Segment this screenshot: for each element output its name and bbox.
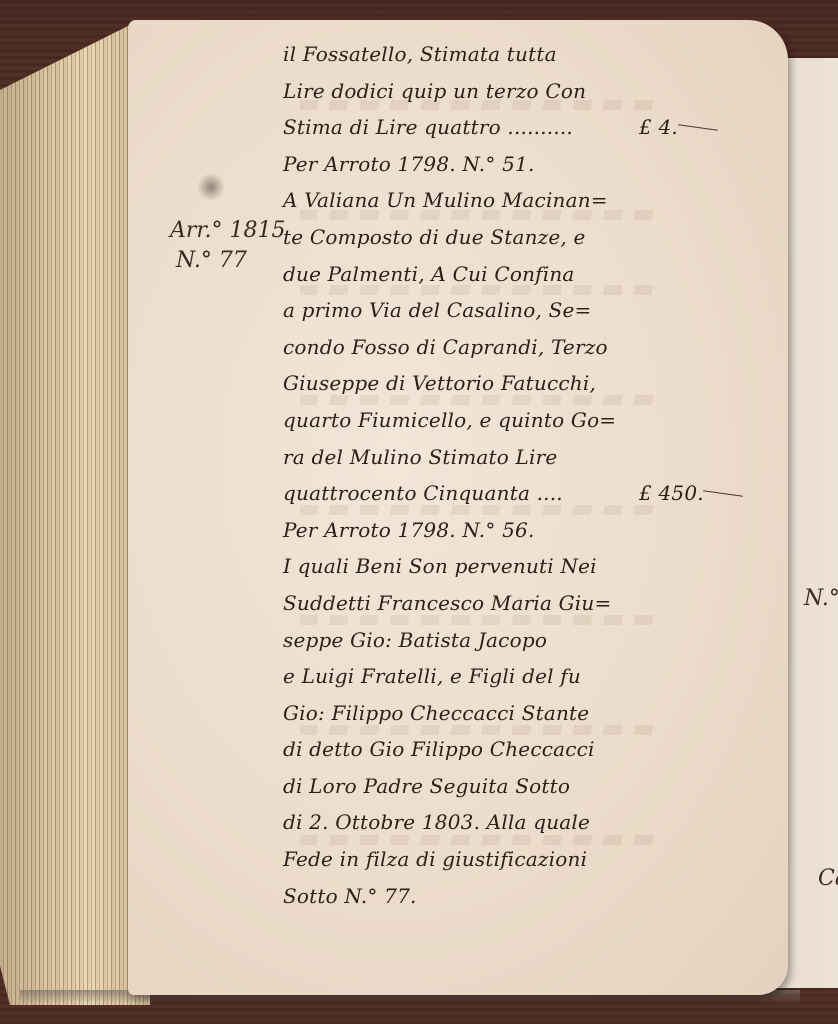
line-text: Giuseppe di Vettorio Fatucchi, (283, 371, 596, 395)
line-text: Gio: Filippo Checcacci Stante (283, 701, 589, 725)
line-text: Suddetti Francesco Maria Giu= (283, 591, 611, 615)
amount-dash (678, 124, 718, 131)
text-line: I quali Beni Son pervenuti Nei (283, 548, 763, 585)
line-text: Sotto N.° 77. (283, 884, 417, 908)
ink-blot (198, 172, 224, 202)
line-text: quattrocento Cinquanta .... (283, 481, 563, 505)
line-text: di 2. Ottobre 1803. Alla quale (283, 810, 590, 834)
text-line: a primo Via del Casalino, Se= (283, 292, 763, 329)
text-line: di detto Gio Filippo Checcacci (283, 731, 763, 768)
amount-value: £ 450. (639, 475, 704, 511)
facing-page-fragment: N.° (804, 586, 838, 611)
text-line: e Luigi Fratelli, e Figli del fu (283, 658, 763, 695)
line-text: Fede in filza di giustificazioni (283, 847, 587, 871)
line-text: A Valiana Un Mulino Macinan= (283, 188, 608, 212)
text-line: Per Arroto 1798. N.° 56. (283, 512, 763, 549)
line-text: ra del Mulino Stimato Lire (283, 445, 557, 469)
line-text: condo Fosso di Caprandi, Terzo (283, 335, 608, 359)
text-line: te Composto di due Stanze, e (283, 219, 763, 256)
text-line: due Palmenti, A Cui Confina (283, 256, 763, 293)
text-line: Fede in filza di giustificazioni (283, 841, 763, 878)
text-line: ra del Mulino Stimato Lire (283, 439, 763, 476)
text-line: quarto Fiumicello, e quinto Go= (283, 402, 763, 439)
text-line: Gio: Filippo Checcacci Stante (283, 695, 763, 732)
text-line: di Loro Padre Seguita Sotto (283, 768, 763, 805)
line-text: e Luigi Fratelli, e Figli del fu (283, 664, 581, 688)
margin-note-number: N.° 77 (170, 246, 285, 276)
text-line: condo Fosso di Caprandi, Terzo (283, 329, 763, 366)
margin-note: Arr.° 1815 N.° 77 (170, 216, 285, 276)
text-line: quattrocento Cinquanta ....£ 450. (283, 475, 763, 512)
text-line: Suddetti Francesco Maria Giu= (283, 585, 763, 622)
facing-page-fragment: Ca (818, 866, 838, 891)
margin-note-arroto: Arr.° 1815 (170, 216, 285, 246)
line-text: il Fossatello, Stimata tutta (283, 42, 557, 66)
amount-dash (703, 490, 743, 497)
text-line: Sotto N.° 77. (283, 878, 763, 915)
line-text: di detto Gio Filippo Checcacci (283, 737, 595, 761)
line-text: a primo Via del Casalino, Se= (283, 298, 592, 322)
line-text: Per Arroto 1798. N.° 51. (283, 152, 535, 176)
ledger-text: il Fossatello, Stimata tutta Lire dodici… (283, 36, 763, 914)
line-text: Stima di Lire quattro .......... (283, 115, 573, 139)
text-line: il Fossatello, Stimata tutta (283, 36, 763, 73)
text-line: Per Arroto 1798. N.° 51. (283, 146, 763, 183)
amount-value: £ 4. (639, 109, 678, 145)
line-text: Per Arroto 1798. N.° 56. (283, 518, 535, 542)
text-line: Stima di Lire quattro ..........£ 4. (283, 109, 763, 146)
line-text: te Composto di due Stanze, e (283, 225, 586, 249)
line-text: quarto Fiumicello, e quinto Go= (283, 408, 616, 432)
line-text: due Palmenti, A Cui Confina (283, 262, 575, 286)
line-text: di Loro Padre Seguita Sotto (283, 774, 570, 798)
line-text: I quali Beni Son pervenuti Nei (283, 554, 597, 578)
text-line: Giuseppe di Vettorio Fatucchi, (283, 365, 763, 402)
text-line: Lire dodici quip un terzo Con (283, 73, 763, 110)
text-line: di 2. Ottobre 1803. Alla quale (283, 804, 763, 841)
text-line: seppe Gio: Batista Jacopo (283, 622, 763, 659)
line-text: Lire dodici quip un terzo Con (283, 79, 586, 103)
line-text: seppe Gio: Batista Jacopo (283, 628, 547, 652)
text-line: A Valiana Un Mulino Macinan= (283, 182, 763, 219)
